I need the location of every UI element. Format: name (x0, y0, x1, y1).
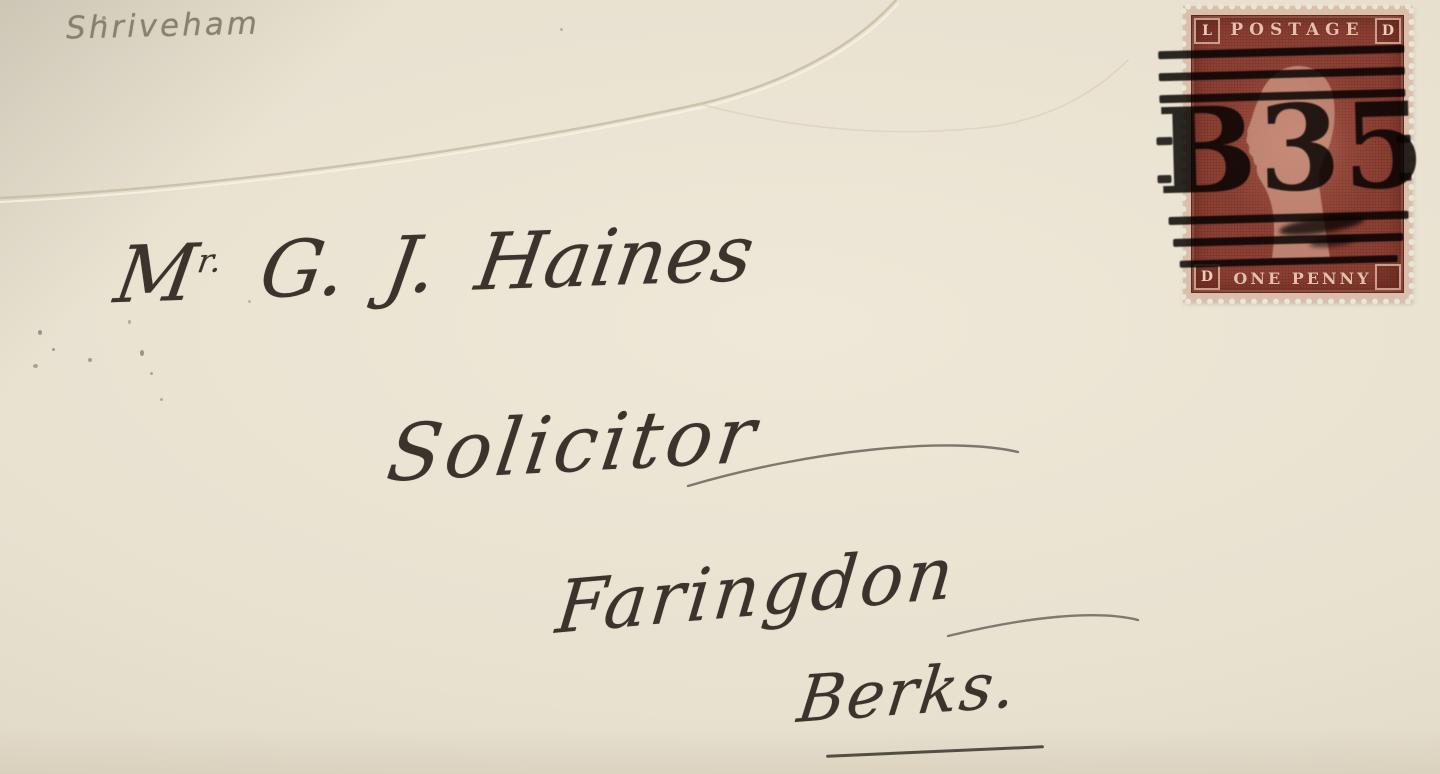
ink-smudge (38, 330, 42, 335)
crease-line-secondary (700, 60, 1128, 132)
stamp-corner-letter-top-right: D (1375, 18, 1401, 44)
county-underline-flourish (826, 745, 1044, 758)
address-line-town: Faringdon (553, 531, 960, 650)
stamp-one-penny-label: ONE PENNY (1212, 269, 1393, 288)
corner-letter: D (1382, 23, 1394, 39)
town-text: Faringdon (552, 530, 960, 650)
address-line-recipient: Mr. G. J. Haines (115, 209, 755, 321)
perforation-edge-top (1183, 3, 1412, 10)
recipient-name: G. J. Haines (213, 209, 760, 318)
ink-smudge (33, 364, 38, 368)
ink-smudge (150, 372, 153, 375)
county-text: Berks. (794, 648, 1022, 738)
ink-smudge (140, 350, 144, 356)
pencil-annotation: Shriveham (66, 5, 261, 46)
penny-red-stamp: POSTAGE L D D ONE PENNY (1183, 6, 1412, 302)
perforation-edge-bottom (1183, 298, 1412, 305)
corner-letter: L (1202, 23, 1212, 39)
stamp-corner-letter-top-left: L (1194, 18, 1220, 44)
stamp-postage-label: POSTAGE (1218, 20, 1377, 40)
ink-smudge (88, 358, 92, 362)
honorific-main: M (109, 228, 203, 321)
address-line-county: Berks. (796, 648, 1020, 737)
occupation-text: Solicitor (382, 390, 765, 500)
perforation-edge-right (1408, 6, 1415, 302)
ink-smudge (560, 28, 563, 31)
envelope-front: Shriveham Mr. G. J. Haines Solicitor Far… (0, 0, 1440, 774)
pen-flourish-faringdon (948, 615, 1138, 636)
cancel-bar-stub (1156, 137, 1172, 145)
ink-smudge (160, 398, 163, 401)
stamp-design: POSTAGE L D D ONE PENNY (1191, 15, 1404, 293)
ink-smudge (52, 348, 55, 351)
perforation-edge-left (1180, 6, 1187, 302)
address-line-occupation: Solicitor (386, 390, 761, 499)
queen-victoria-profile (1226, 44, 1356, 264)
cancel-bar-stub (1157, 175, 1171, 183)
